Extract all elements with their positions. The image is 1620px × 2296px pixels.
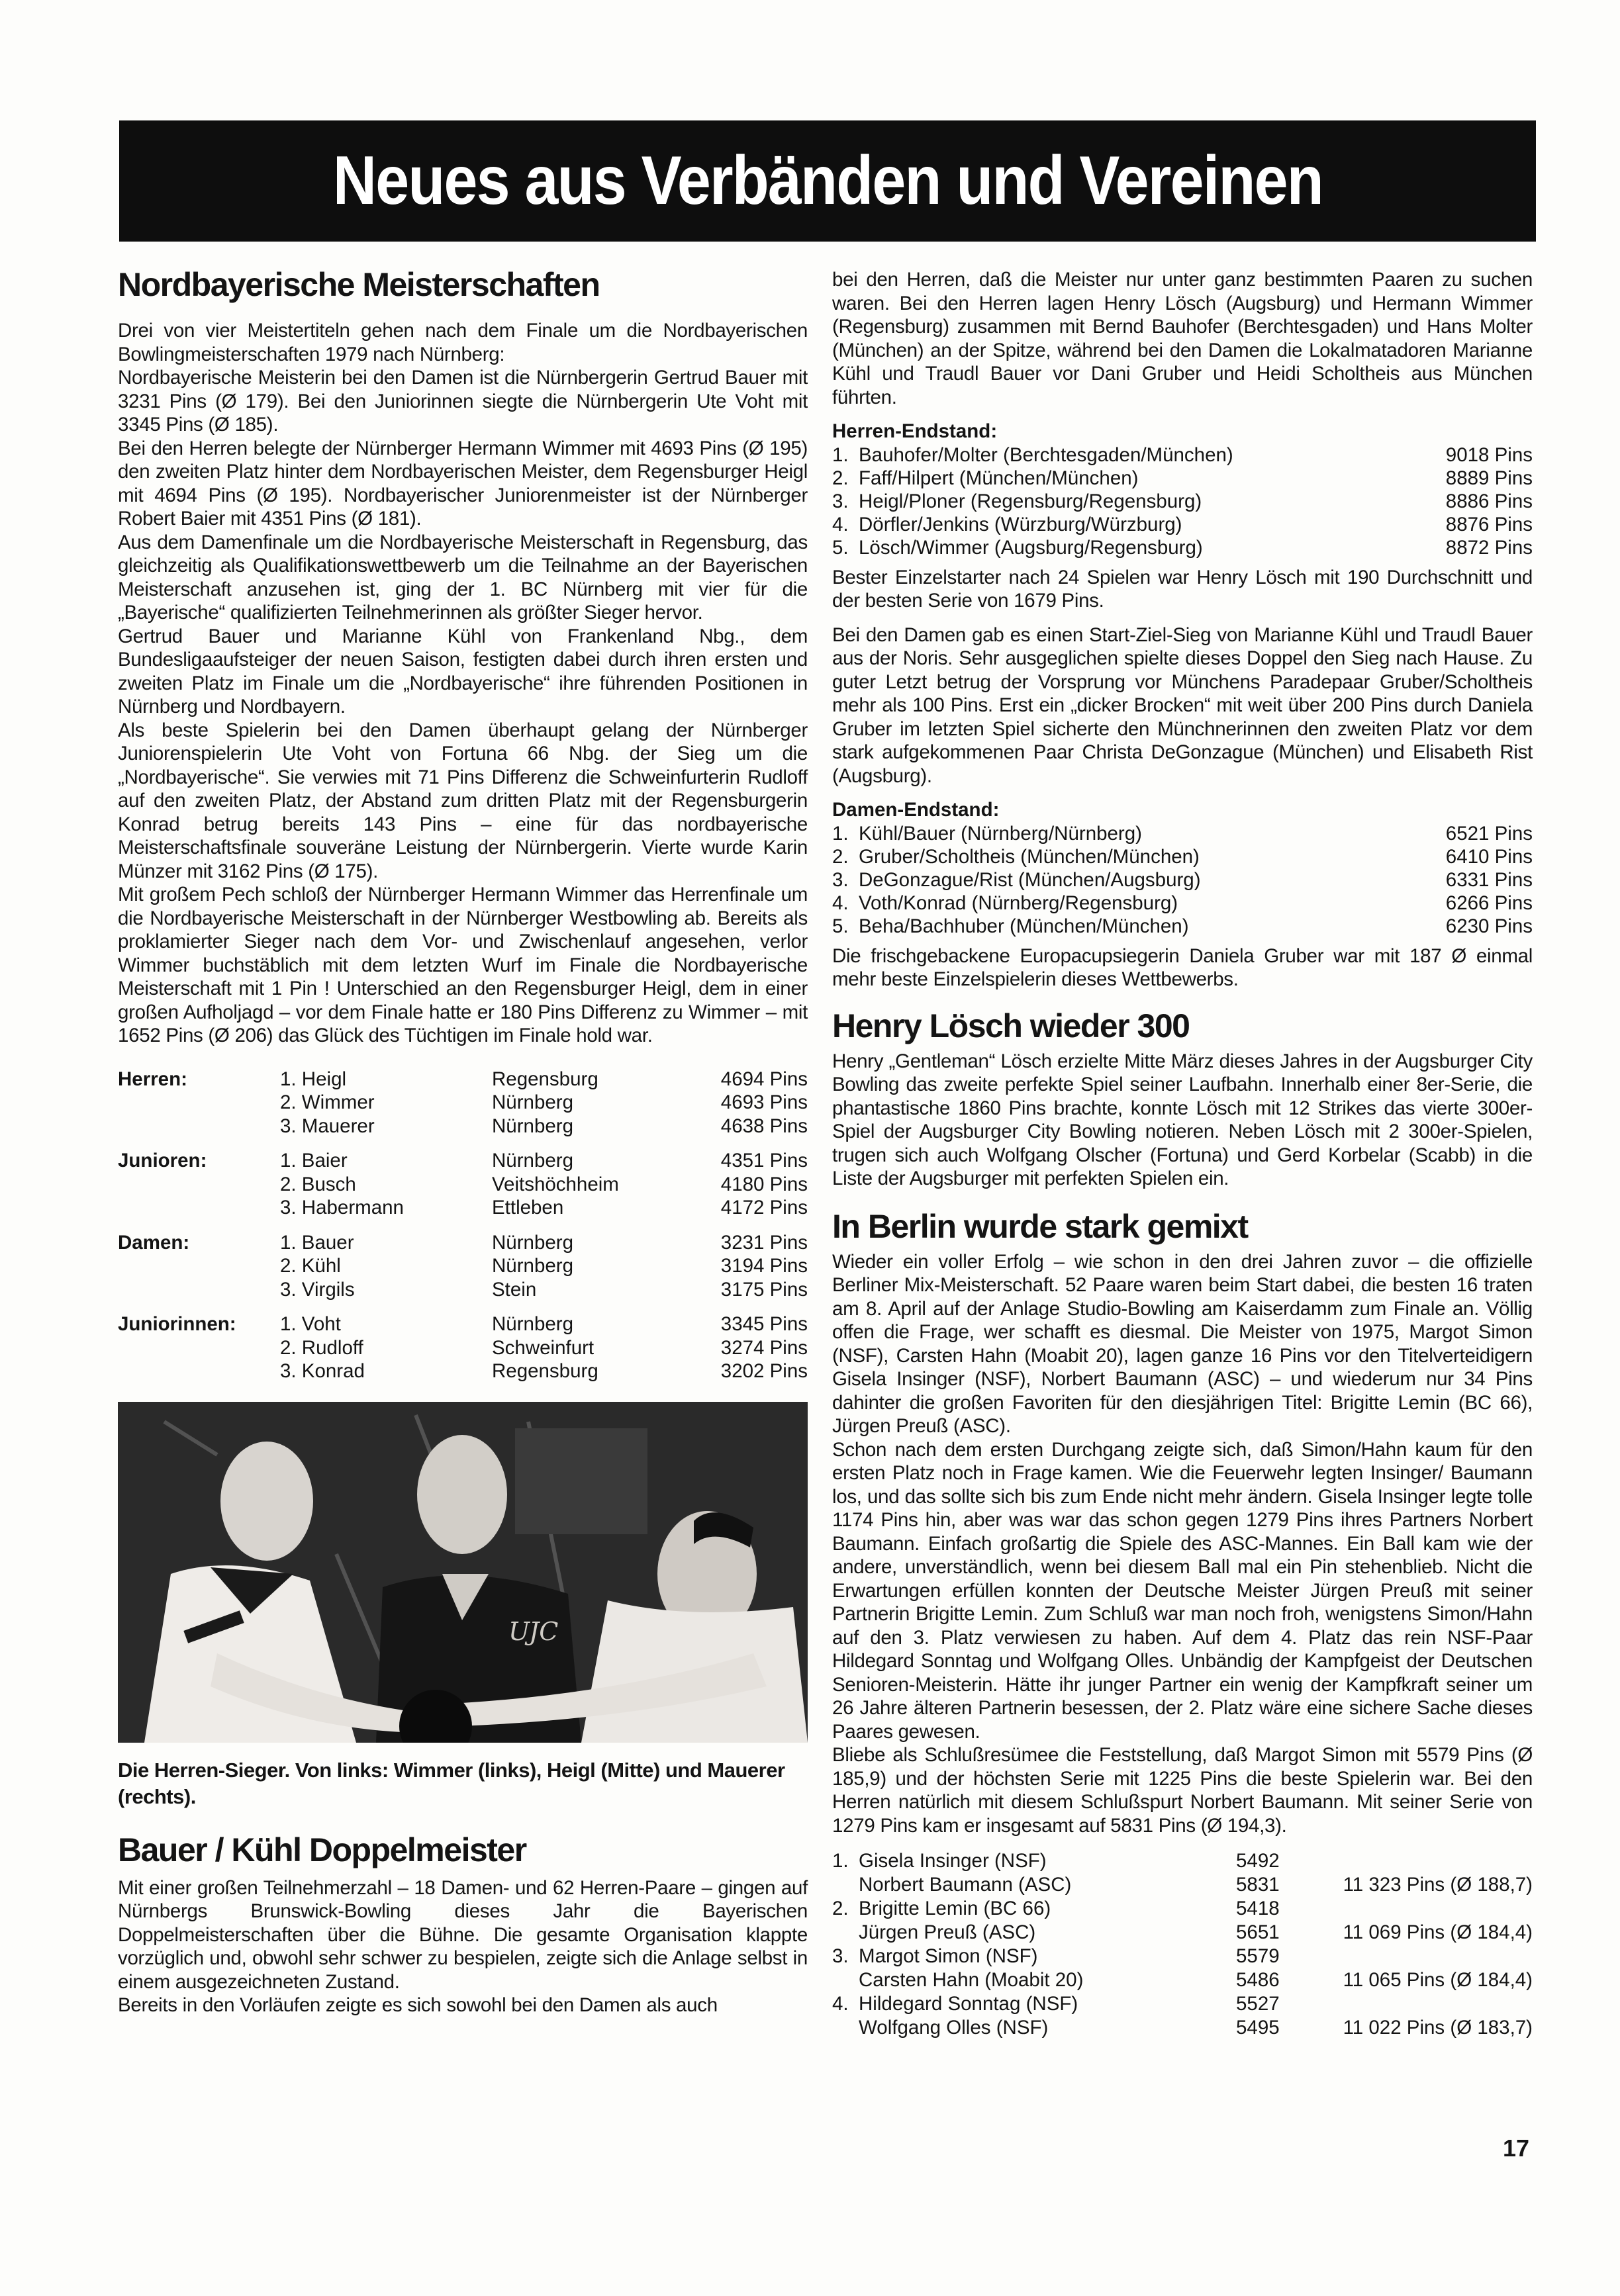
player-name: 1. Baier [280, 1138, 492, 1173]
pair: Gruber/Scholtheis (München/München) [859, 845, 1396, 868]
player-city: Regensburg [492, 1068, 707, 1091]
rank: 4. [832, 1992, 859, 2016]
player-pins: 4172 Pins [707, 1196, 808, 1220]
rank: 4. [832, 513, 859, 536]
pair: Kühl/Bauer (Nürnberg/Nürnberg) [859, 822, 1396, 845]
player-pins: 4638 Pins [707, 1115, 808, 1138]
paragraph: Henry „Gentleman“ Lösch erzielte Mitte M… [832, 1050, 1533, 1191]
player-name: 3. Konrad [280, 1359, 492, 1383]
paragraph: Schon nach dem ersten Durchgang zeigte s… [832, 1438, 1533, 1744]
right-column: bei den Herren, daß die Meister nur unte… [832, 268, 1533, 2040]
paragraph: Drei von vier Meistertiteln gehen nach d… [118, 319, 808, 366]
rank: 2. [832, 1897, 859, 1921]
player-score: 5527 [1236, 1992, 1342, 2016]
table-row: 2. KühlNürnberg3194 Pins [118, 1254, 808, 1278]
player-name: Norbert Baumann (ASC) [859, 1873, 1236, 1897]
table-row: 2. WimmerNürnberg4693 Pins [118, 1091, 808, 1115]
pair-total: 11 022 Pins (Ø 183,7) [1342, 2016, 1533, 2040]
paragraph: Nordbayerische Meisterin bei den Damen i… [118, 366, 808, 437]
pins: 6331 Pins [1396, 868, 1533, 892]
table-row: 4.Hildegard Sonntag (NSF)5527 [832, 1992, 1533, 2016]
table-row: 5.Beha/Bachhuber (München/München)6230 P… [832, 915, 1533, 938]
pair: Faff/Hilpert (München/München) [859, 467, 1406, 490]
pair-total: 11 323 Pins (Ø 188,7) [1342, 1873, 1533, 1897]
player-name: 3. Habermann [280, 1196, 492, 1220]
paragraph-continued: bei den Herren, daß die Meister nur unte… [832, 268, 1533, 409]
player-score: 5831 [1236, 1873, 1342, 1897]
player-city: Schweinfurt [492, 1336, 707, 1360]
section-banner: Neues aus Verbänden und Vereinen [119, 120, 1536, 242]
pins: 8872 Pins [1406, 536, 1533, 559]
table-row: 2.Brigitte Lemin (BC 66)5418 [832, 1897, 1533, 1921]
player-name: Carsten Hahn (Moabit 20) [859, 1968, 1236, 1992]
player-pins: 4180 Pins [707, 1173, 808, 1197]
table-row: 2. BuschVeitshöchheim4180 Pins [118, 1173, 808, 1197]
berlin-mix-results-table: 1.Gisela Insinger (NSF)5492 Norbert Baum… [832, 1849, 1533, 2040]
category-label: Junioren: [118, 1138, 280, 1173]
table-row: 2.Faff/Hilpert (München/München)8889 Pin… [832, 467, 1533, 490]
player-city: Nürnberg [492, 1220, 707, 1255]
player-score: 5495 [1236, 2016, 1342, 2040]
heading-berlin: In Berlin wurde stark gemixt [832, 1207, 1533, 1246]
rank: 3. [832, 1945, 859, 1968]
nordbayern-results-table: Herren:1. HeiglRegensburg4694 Pins 2. Wi… [118, 1068, 808, 1383]
player-name: 2. Kühl [280, 1254, 492, 1278]
paragraph: Bester Einzelstarter nach 24 Spielen war… [832, 566, 1533, 613]
player-name: 3. Virgils [280, 1278, 492, 1302]
table-row: 3.Margot Simon (NSF)5579 [832, 1945, 1533, 1968]
category-label: Damen: [118, 1220, 280, 1255]
pair: DeGonzague/Rist (München/Augsburg) [859, 868, 1396, 892]
rank: 1. [832, 1849, 859, 1873]
shirt-logo: UJC [508, 1617, 558, 1646]
player-city: Veitshöchheim [492, 1173, 707, 1197]
rank: 3. [832, 490, 859, 513]
player-city: Regensburg [492, 1359, 707, 1383]
player-pins: 3202 Pins [707, 1359, 808, 1383]
pins: 6521 Pins [1396, 822, 1533, 845]
paragraph: Mit einer großen Teilnehmerzahl – 18 Dam… [118, 1876, 808, 1994]
pins: 6266 Pins [1396, 892, 1533, 915]
player-name: 3. Mauerer [280, 1115, 492, 1138]
player-name: Margot Simon (NSF) [859, 1945, 1236, 1968]
photo-three-bowlers-illustration: UJC [118, 1402, 808, 1743]
player-city: Stein [492, 1278, 707, 1302]
paragraph: Bei den Herren belegte der Nürnberger He… [118, 437, 808, 531]
table-row: 2.Gruber/Scholtheis (München/München)641… [832, 845, 1533, 868]
article-nordbayerische: Drei von vier Meistertiteln gehen nach d… [118, 319, 808, 1048]
player-pins: 4351 Pins [707, 1138, 808, 1173]
player-city: Nürnberg [492, 1091, 707, 1115]
player-city: Ettleben [492, 1196, 707, 1220]
table-row: 5.Lösch/Wimmer (Augsburg/Regensburg)8872… [832, 536, 1533, 559]
table-row: Junioren:1. BaierNürnberg4351 Pins [118, 1138, 808, 1173]
damen-endstand-label: Damen-Endstand: [832, 798, 1533, 822]
table-row: Juniorinnen:1. VohtNürnberg3345 Pins [118, 1301, 808, 1336]
rank: 5. [832, 915, 859, 938]
winners-photo: UJC [118, 1402, 808, 1743]
player-name: Gisela Insinger (NSF) [859, 1849, 1236, 1873]
player-score: 5418 [1236, 1897, 1342, 1921]
paragraph: Als beste Spielerin bei den Damen überha… [118, 719, 808, 884]
table-row: 3. HabermannEttleben4172 Pins [118, 1196, 808, 1220]
table-row: 4.Dörfler/Jenkins (Würzburg/Würzburg)887… [832, 513, 1533, 536]
player-city: Nürnberg [492, 1115, 707, 1138]
player-score: 5492 [1236, 1849, 1342, 1873]
table-row: 1.Bauhofer/Molter (Berchtesgaden/München… [832, 443, 1533, 467]
rank: 4. [832, 892, 859, 915]
player-name: Brigitte Lemin (BC 66) [859, 1897, 1236, 1921]
rank: 1. [832, 822, 859, 845]
photo-caption: Die Herren-Sieger. Von links: Wimmer (li… [118, 1757, 808, 1810]
player-pins: 3175 Pins [707, 1278, 808, 1302]
table-row: Wolfgang Olles (NSF)549511 022 Pins (Ø 1… [832, 2016, 1533, 2040]
player-score: 5486 [1236, 1968, 1342, 1992]
table-row: 3. KonradRegensburg3202 Pins [118, 1359, 808, 1383]
pair-total: 11 065 Pins (Ø 184,4) [1342, 1968, 1533, 1992]
table-row: Damen:1. BauerNürnberg3231 Pins [118, 1220, 808, 1255]
paragraph: Mit großem Pech schloß der Nürnberger He… [118, 883, 808, 1048]
rank: 1. [832, 443, 859, 467]
category-label: Juniorinnen: [118, 1301, 280, 1336]
table-row: 4.Voth/Konrad (Nürnberg/Regensburg)6266 … [832, 892, 1533, 915]
player-pins: 3274 Pins [707, 1336, 808, 1360]
player-name: 1. Bauer [280, 1220, 492, 1255]
paragraph: Aus dem Damenfinale um die Nordbayerisch… [118, 531, 808, 625]
table-row: 3.DeGonzague/Rist (München/Augsburg)6331… [832, 868, 1533, 892]
rank: 2. [832, 467, 859, 490]
player-city: Nürnberg [492, 1254, 707, 1278]
heading-loesch: Henry Lösch wieder 300 [832, 1006, 1533, 1046]
category-label: Herren: [118, 1068, 280, 1091]
player-city: Nürnberg [492, 1138, 707, 1173]
herren-endstand-table: 1.Bauhofer/Molter (Berchtesgaden/München… [832, 443, 1533, 559]
table-row: 2. RudloffSchweinfurt3274 Pins [118, 1336, 808, 1360]
pair: Voth/Konrad (Nürnberg/Regensburg) [859, 892, 1396, 915]
player-name: 2. Busch [280, 1173, 492, 1197]
pins: 8876 Pins [1406, 513, 1533, 536]
player-name: 1. Heigl [280, 1068, 492, 1091]
rank: 3. [832, 868, 859, 892]
rank: 5. [832, 536, 859, 559]
table-row: 3. MauererNürnberg4638 Pins [118, 1115, 808, 1138]
rank: 2. [832, 845, 859, 868]
pair-total: 11 069 Pins (Ø 184,4) [1342, 1921, 1533, 1945]
table-row: 1.Kühl/Bauer (Nürnberg/Nürnberg)6521 Pin… [832, 822, 1533, 845]
table-row: 3. VirgilsStein3175 Pins [118, 1278, 808, 1302]
heading-doppelmeister: Bauer / Kühl Doppelmeister [118, 1830, 808, 1870]
table-row: Jürgen Preuß (ASC)565111 069 Pins (Ø 184… [832, 1921, 1533, 1945]
table-row: 1.Gisela Insinger (NSF)5492 [832, 1849, 1533, 1873]
heading-nordbayerische: Nordbayerische Meisterschaften [118, 265, 808, 304]
paragraph: Bereits in den Vorläufen zeigte es sich … [118, 1994, 808, 2017]
pins: 8889 Pins [1406, 467, 1533, 490]
player-name: 2. Rudloff [280, 1336, 492, 1360]
herren-endstand-label: Herren-Endstand: [832, 420, 1533, 443]
pair: Bauhofer/Molter (Berchtesgaden/München) [859, 443, 1406, 467]
player-pins: 3345 Pins [707, 1301, 808, 1336]
player-score: 5579 [1236, 1945, 1342, 1968]
player-pins: 4694 Pins [707, 1068, 808, 1091]
paragraph: Bliebe als Schlußresümee die Feststellun… [832, 1743, 1533, 1837]
paragraph: Gertrud Bauer und Marianne Kühl von Fran… [118, 625, 808, 719]
paragraph: Bei den Damen gab es einen Start-Ziel-Si… [832, 623, 1533, 788]
player-pins: 3194 Pins [707, 1254, 808, 1278]
paragraph: Wieder ein voller Erfolg – wie schon in … [832, 1250, 1533, 1438]
player-name: Jürgen Preuß (ASC) [859, 1921, 1236, 1945]
table-row: Herren:1. HeiglRegensburg4694 Pins [118, 1068, 808, 1091]
player-name: Wolfgang Olles (NSF) [859, 2016, 1236, 2040]
table-row: Norbert Baumann (ASC)583111 323 Pins (Ø … [832, 1873, 1533, 1897]
player-city: Nürnberg [492, 1301, 707, 1336]
pair: Heigl/Ploner (Regensburg/Regensburg) [859, 490, 1406, 513]
player-name: Hildegard Sonntag (NSF) [859, 1992, 1236, 2016]
player-name: 2. Wimmer [280, 1091, 492, 1115]
pins: 6410 Pins [1396, 845, 1533, 868]
left-column: Nordbayerische Meisterschaften Drei von … [118, 265, 808, 2017]
pair: Beha/Bachhuber (München/München) [859, 915, 1396, 938]
pins: 8886 Pins [1406, 490, 1533, 513]
player-pins: 3231 Pins [707, 1220, 808, 1255]
table-row: Carsten Hahn (Moabit 20)548611 065 Pins … [832, 1968, 1533, 1992]
pair: Lösch/Wimmer (Augsburg/Regensburg) [859, 536, 1406, 559]
player-score: 5651 [1236, 1921, 1342, 1945]
pins: 6230 Pins [1396, 915, 1533, 938]
pins: 9018 Pins [1406, 443, 1533, 467]
paragraph: Die frischgebackene Europacupsiegerin Da… [832, 944, 1533, 991]
player-pins: 4693 Pins [707, 1091, 808, 1115]
banner-title: Neues aus Verbänden und Vereinen [333, 142, 1323, 220]
page-number: 17 [1503, 2135, 1529, 2162]
pair: Dörfler/Jenkins (Würzburg/Würzburg) [859, 513, 1406, 536]
table-row: 3.Heigl/Ploner (Regensburg/Regensburg)88… [832, 490, 1533, 513]
damen-endstand-table: 1.Kühl/Bauer (Nürnberg/Nürnberg)6521 Pin… [832, 822, 1533, 938]
player-name: 1. Voht [280, 1301, 492, 1336]
